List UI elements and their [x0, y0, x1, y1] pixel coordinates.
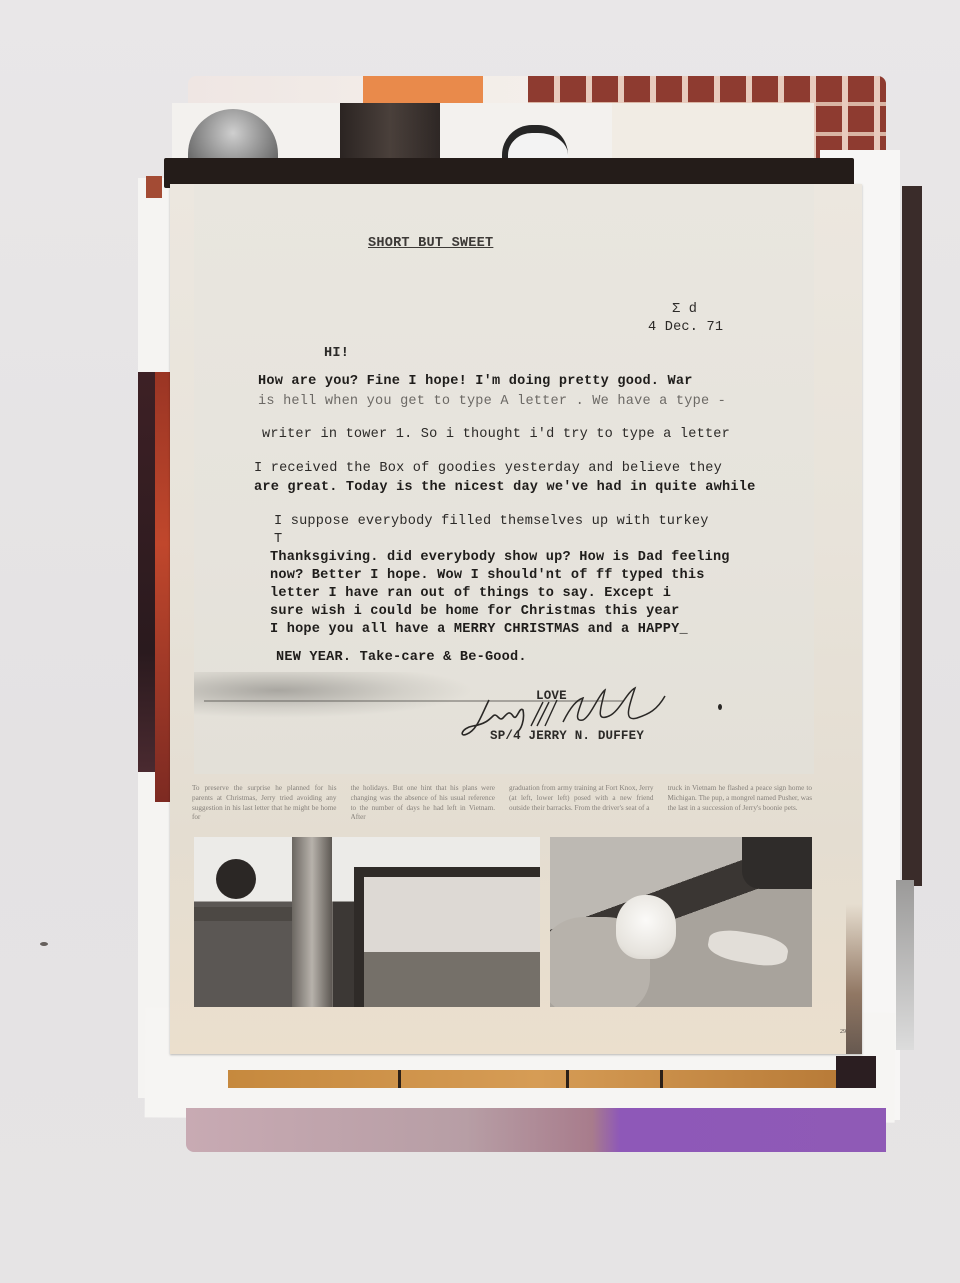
- letter-line: I suppose everybody filled themselves up…: [274, 514, 709, 529]
- caption-column: truck in Vietnam he flashed a peace sign…: [668, 784, 813, 824]
- table-speck: [40, 942, 48, 946]
- caption-column: To preserve the surprise he planned for …: [192, 784, 337, 824]
- caption-column: graduation from army training at Fort Kn…: [509, 784, 654, 824]
- caption-column: the holidays. But one hint that his plan…: [351, 784, 496, 824]
- background-grey-sheet-right: [896, 880, 914, 1050]
- background-dark-sheet-right: [902, 186, 922, 886]
- letter-signature-name: SP/4 JERRY N. DUFFEY: [490, 729, 644, 743]
- letter-reference: Σ d: [672, 302, 697, 317]
- letter-line: sure wish i could be home for Christmas …: [270, 604, 680, 619]
- background-red-corner: [146, 176, 162, 198]
- letter-line: How are you? Fine I hope! I'm doing pret…: [258, 374, 693, 389]
- letter-line: T: [274, 532, 282, 547]
- background-purple-sheet: [186, 1108, 886, 1152]
- ink-speck: [718, 704, 722, 710]
- truck-bed: [194, 907, 304, 921]
- soldier-figure: [216, 859, 256, 899]
- letter-line: I hope you all have a MERRY CHRISTMAS an…: [270, 622, 688, 637]
- puppy-photo: [550, 837, 812, 1007]
- letter-line: is hell when you get to type A letter . …: [258, 394, 726, 409]
- letter-line: letter I have ran out of things to say. …: [270, 586, 671, 601]
- canvas-tarp: [292, 837, 332, 1007]
- bird-photo-fragment: [502, 125, 568, 161]
- letter-line: writer in tower 1. So i thought i'd try …: [262, 427, 730, 442]
- letter-line: are great. Today is the nicest day we've…: [254, 480, 755, 495]
- letter-date: 4 Dec. 71: [648, 320, 723, 335]
- magazine-page: SHORT BUT SWEET Σ d 4 Dec. 71 HI! How ar…: [170, 184, 862, 1054]
- letter-greeting: HI!: [324, 346, 349, 361]
- torn-page-edge: [846, 904, 862, 1054]
- food-dish: [706, 926, 790, 969]
- truck-cab: [354, 867, 540, 1007]
- white-puppy: [616, 895, 676, 959]
- background-wood-strip: [228, 1070, 848, 1088]
- letter-line: Thanksgiving. did everybody show up? How…: [270, 550, 730, 565]
- paper-crease-shadow: [194, 672, 474, 718]
- letter-line: I received the Box of goodies yesterday …: [254, 461, 722, 476]
- orange-photo-fragment: [363, 76, 483, 106]
- truck-photo: [194, 837, 540, 1007]
- background-photo-strip: [172, 103, 814, 161]
- photo-captions: To preserve the surprise he planned for …: [192, 784, 812, 824]
- letter-title: SHORT BUT SWEET: [368, 236, 493, 251]
- typewritten-letter: SHORT BUT SWEET Σ d 4 Dec. 71 HI! How ar…: [194, 184, 814, 774]
- dark-boulder: [742, 837, 812, 889]
- grey-haired-head-photo: [188, 109, 278, 161]
- dark-photo-fragment: [340, 103, 440, 161]
- letter-closing-line: NEW YEAR. Take-care & Be-Good.: [276, 650, 527, 665]
- cream-sheet-fragment: [612, 103, 814, 161]
- letter-line: now? Better I hope. Wow I should'nt of f…: [270, 568, 705, 583]
